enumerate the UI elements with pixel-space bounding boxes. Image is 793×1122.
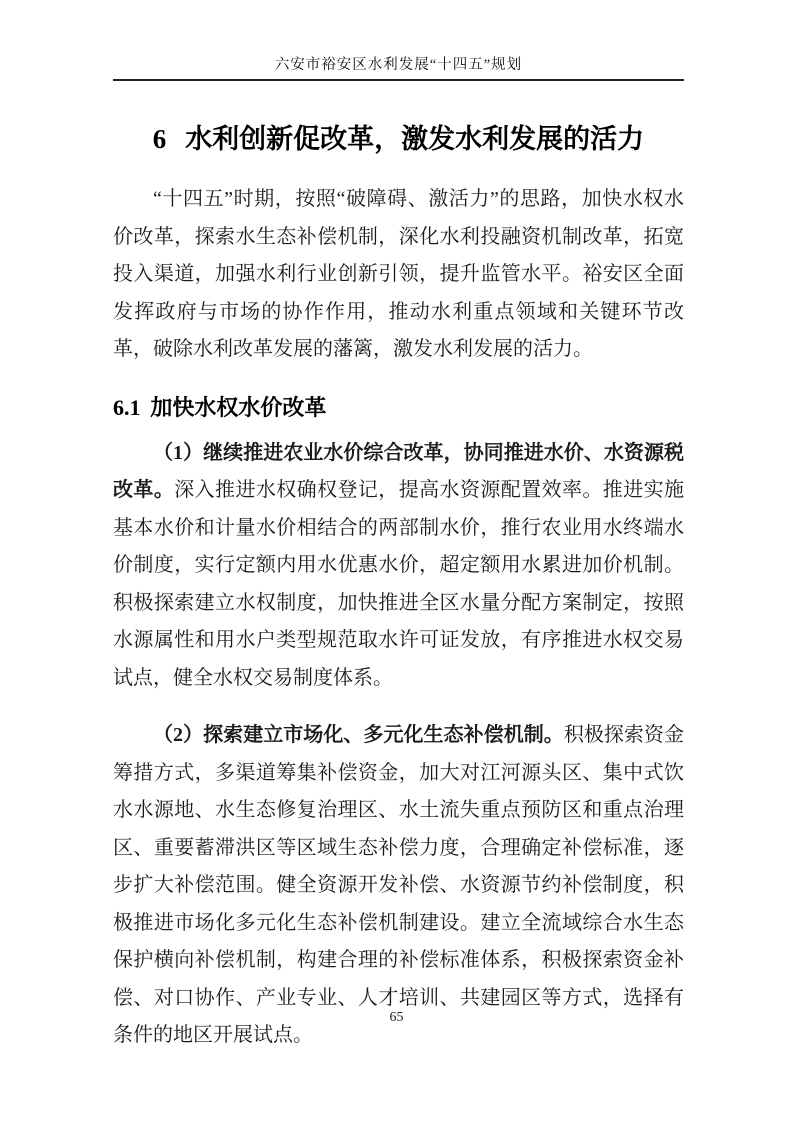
intro-paragraph: “十四五”时期，按照“破障碍、激活力”的思路，加快水权水价改革，探索水生态补偿机… [113,181,684,369]
running-header: 六安市裕安区水利发展“十四五”规划 [113,0,684,81]
section-number: 6.1 [113,395,141,420]
paragraph-2: （2）探索建立市场化、多元化生态补偿机制。积极探索资金筹措方式，多渠道筹集补偿资… [113,717,684,1055]
running-header-title: 六安市裕安区水利发展“十四五”规划 [275,57,522,73]
document-page: 六安市裕安区水利发展“十四五”规划 6水利创新促改革，激发水利发展的活力 “十四… [0,0,793,1122]
paragraph-1-body: 深入推进水权确权登记，提高水资源配置效率。推进实施基本水价和计量水价相结合的两部… [113,479,684,689]
paragraph-2-body: 积极探索资金筹措方式，多渠道筹集补偿资金，加大对江河源头区、集中式饮水水源地、水… [113,724,684,1046]
section-heading: 6.1加快水权水价改革 [113,389,684,426]
chapter-number: 6 [153,124,167,154]
chapter-heading: 6水利创新促改革，激发水利发展的活力 [113,117,684,156]
page-number: 65 [0,1010,793,1026]
page-content: 六安市裕安区水利发展“十四五”规划 6水利创新促改革，激发水利发展的活力 “十四… [113,0,684,1075]
chapter-title-text: 水利创新促改革，激发水利发展的活力 [185,124,644,154]
paragraph-2-lead: （2）探索建立市场化、多元化生态补偿机制。 [153,724,564,746]
section-title-text: 加快水权水价改革 [150,395,326,420]
paragraph-1: （1）继续推进农业水价综合改革，协同推进水价、水资源税改革。深入推进水权确权登记… [113,435,684,698]
